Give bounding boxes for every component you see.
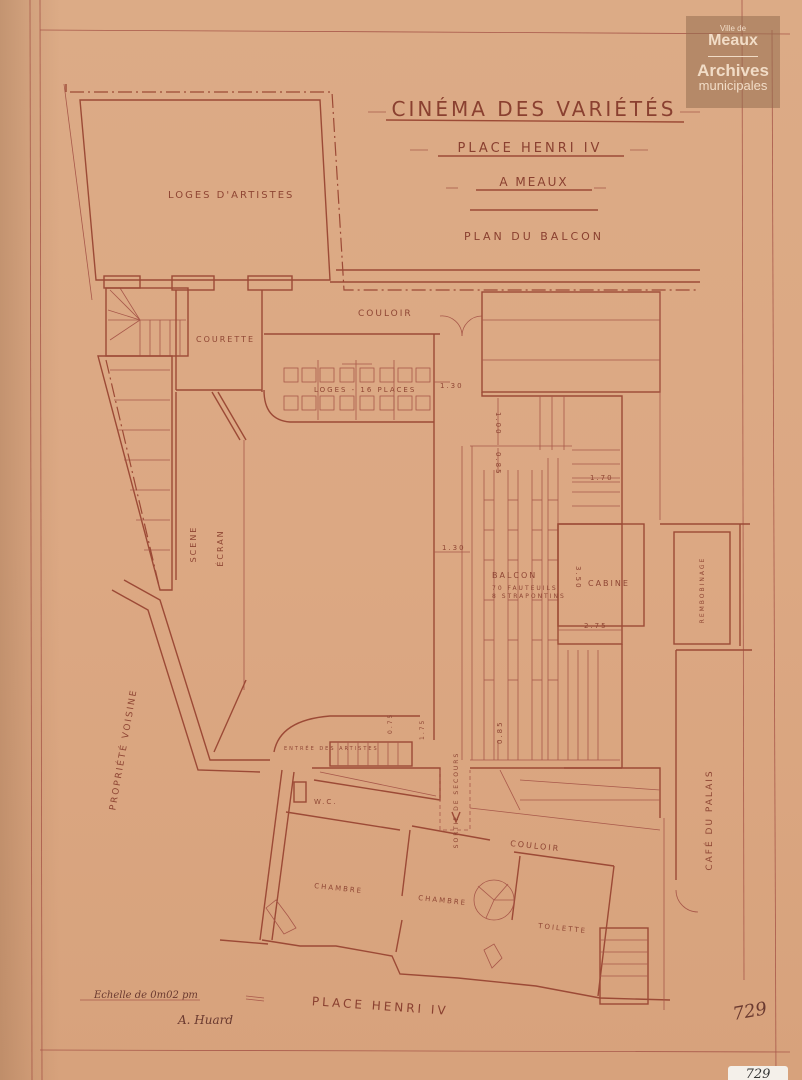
label-loges: LOGES - 16 PLACES [314, 386, 416, 394]
dimension-3: 0.85 [494, 452, 502, 476]
dimension-8: 0.85 [496, 720, 504, 744]
balcony-seating [462, 446, 620, 760]
balcony-upper-block [470, 292, 660, 524]
scale-note: Echelle de 0m02 pm [93, 990, 198, 1001]
projection-booth [558, 524, 644, 768]
catalog-number-handwritten: 729 [731, 998, 768, 1025]
label-balcon-seats-1: 70 FAUTEUILS [492, 585, 558, 592]
footer: Echelle de 0m02 pm A. Huard PLACE HENRI … [80, 990, 769, 1027]
floor-plan-drawing: LOGES D'ARTISTES COULOIR COURETTE LOGES … [0, 0, 802, 1080]
courette-area [104, 276, 440, 392]
archives-watermark-logo: Ville de Meaux Archives municipales [686, 16, 780, 108]
dimension-9: 1.75 [419, 719, 426, 740]
label-cabine: CABINE [588, 579, 630, 588]
stage-area [176, 392, 420, 752]
label-ecran: ÉCRAN [214, 529, 225, 566]
label-toilette: TOILETTE [537, 922, 588, 935]
dimension-4: 1.70 [590, 474, 614, 482]
title-place: PLACE HENRI IV [458, 141, 603, 156]
logo-city: Meaux [686, 33, 780, 49]
dimension-6: 3.50 [574, 566, 582, 590]
label-wc: W.C. [314, 798, 337, 806]
dimension-1: 1.30 [440, 382, 464, 390]
label-chambre-1: CHAMBRE [314, 882, 364, 895]
label-balcon: BALCON [492, 571, 537, 580]
dimension-5: 1.30 [442, 544, 466, 552]
door-swing [440, 316, 482, 336]
label-propriete-voisine: PROPRIÉTÉ VOISINE [106, 688, 139, 812]
blueprint-sheet: LOGES D'ARTISTES COULOIR COURETTE LOGES … [0, 0, 802, 1080]
loges-seating [264, 334, 434, 740]
label-couloir-bottom: COULOIR [510, 839, 561, 853]
label-scene: SCENE [189, 526, 198, 563]
dimension-2: 1.00 [494, 412, 502, 436]
logo-archives: Archives [686, 62, 780, 79]
title-city: A MEAUX [499, 175, 568, 189]
catalog-tag: 729 [728, 1066, 788, 1080]
label-chambre-2: CHAMBRE [418, 894, 468, 907]
sheet-border [30, 0, 790, 1080]
title-block: CINÉMA DES VARIÉTÉS PLACE HENRI IV A MEA… [368, 97, 700, 243]
lower-stairs [312, 742, 660, 830]
label-rembobinage: REMBOBINAGE [699, 557, 706, 624]
title-cinema: CINÉMA DES VARIÉTÉS [392, 97, 677, 121]
label-balcon-seats-2: 8 STRAPONTINS [492, 593, 566, 600]
label-cafe-du-palais: CAFÉ DU PALAIS [703, 769, 715, 870]
architect-signature: A. Huard [177, 1013, 233, 1027]
dimension-7: 2.75 [584, 622, 608, 630]
street-label: PLACE HENRI IV [311, 994, 449, 1018]
plan-subtitle: PLAN DU BALCON [464, 230, 604, 243]
dimension-10: 0.75 [387, 713, 394, 734]
logo-divider [708, 56, 758, 57]
label-loges-artistes: LOGES D'ARTISTES [168, 190, 294, 201]
logo-municipales: municipales [686, 79, 780, 93]
label-entree-artistes: ENTRÉE DES ARTISTES [284, 744, 379, 752]
label-couloir-top: COULOIR [358, 309, 413, 319]
label-sortie-secours: SORTIE DE SECOURS [453, 752, 460, 849]
label-courette: COURETTE [196, 335, 255, 344]
